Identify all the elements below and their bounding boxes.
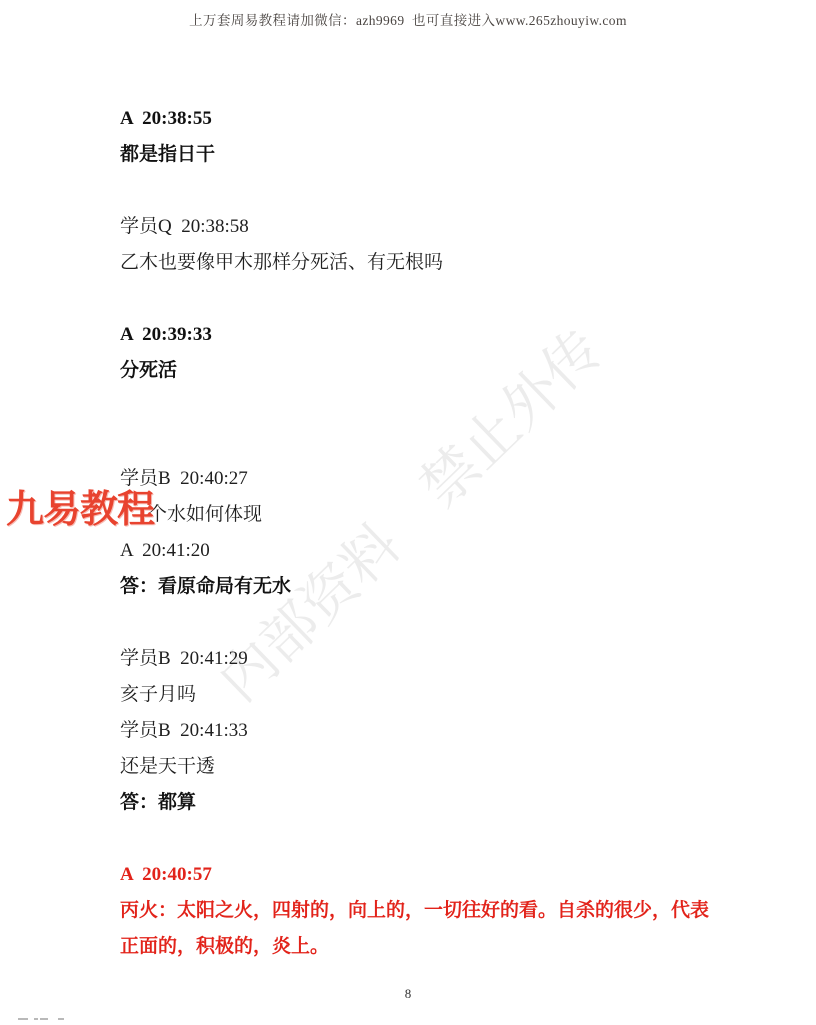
page-bottom-cutoff-marks: [0, 1018, 220, 1022]
transcript-speaker-time: 学员Q 20:38:58: [120, 215, 249, 239]
transcript-message: 乙木也要像甲木那样分死活、有无根吗: [120, 251, 443, 275]
transcript-message: 分死活: [120, 359, 177, 383]
cutoff-mark: [18, 1018, 28, 1020]
transcript-speaker-time: A 20:39:33: [120, 323, 212, 347]
transcript-message: 正面的，积极的，炎上。: [120, 935, 329, 959]
transcript-message: 都是指日干: [120, 143, 215, 167]
transcript-speaker-time: 学员B 20:41:29: [120, 647, 248, 671]
transcript-message: 个水如何体现: [148, 503, 262, 527]
diagonal-watermark: 内部资料 禁止外传: [210, 321, 611, 711]
transcript-speaker-time: A 20:40:57: [120, 863, 212, 887]
cutoff-mark: [34, 1018, 38, 1020]
header-notice: 上万套周易教程请加微信：azh9969 也可直接进入www.265zhouyiw…: [0, 9, 816, 29]
transcript-message: 亥子月吗: [120, 683, 196, 707]
document-page: 上万套周易教程请加微信：azh9969 也可直接进入www.265zhouyiw…: [0, 0, 816, 1025]
transcript-speaker-time: 学员B 20:41:33: [120, 719, 248, 743]
transcript-message: 丙火：太阳之火，四射的，向上的，一切往好的看。自杀的很少，代表: [120, 899, 709, 923]
page-number: 8: [0, 986, 816, 1002]
cutoff-mark: [40, 1018, 48, 1020]
transcript-answer: 答：看原命局有无水: [120, 575, 291, 599]
brand-watermark: 九易教程: [6, 488, 154, 532]
transcript-speaker-time: A 20:38:55: [120, 107, 212, 131]
transcript-message: 还是天干透: [120, 755, 215, 779]
transcript-answer: 答：都算: [120, 791, 196, 815]
transcript-speaker-time: A 20:41:20: [120, 539, 210, 563]
cutoff-mark: [58, 1018, 64, 1020]
